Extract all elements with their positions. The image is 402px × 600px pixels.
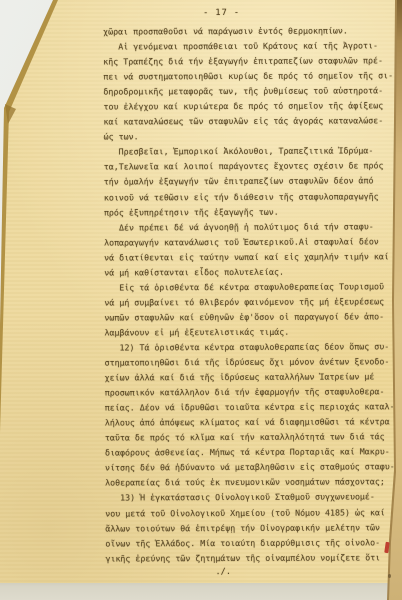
text-line: πείας. Δέον νά ἱδρυθῶσι τοιαῦτα κέντρα ε… (105, 399, 399, 415)
text-line: λοθεραπείας διά τούς ἐκ πνευμονικῶν νοση… (105, 475, 399, 491)
text-line: ἄλλων τοιούτων θά ἐπιτρέψῃ τήν Οἰνογραφι… (105, 520, 399, 536)
text-line: πει νά συστηματοποιηθῶσι κυρίως δε πρός … (103, 68, 397, 84)
text-line: διαφόρους ἀσθενείας. Μήπως τά κέντρα Πορ… (105, 445, 399, 461)
text-line: του ἐλέγχου καί κυριώτερα δε πρός τό σημ… (103, 99, 397, 115)
text-line: Πρεσβεῖαι, Ἐμπορικοί Ἀκόλουθοι, Τραπεζιτ… (104, 144, 398, 160)
text-line: νωπῶν σταφυλῶν καί εὐθηνῶν ἐφ'ὅσον οἱ πα… (104, 309, 398, 325)
text-line: κῆς Τραπέζης διά τήν ἐξαγωγήν ἐπιτραπεζί… (103, 53, 397, 69)
typewritten-text-layer: - 17 - χῶραι προσπαθοῦσι νά παράγωσιν ἐν… (0, 0, 402, 600)
page-continuation-mark: ./. (215, 567, 231, 577)
text-line: 12) Τά ὁρισθέντα κέντρα σταφυλοθεραπείας… (104, 339, 398, 355)
text-line: καί καταναλώσεως τῶν σταφυλῶν εἰς τάς ἀγ… (104, 114, 398, 130)
text-line: νά μή συμβαίνει τό θλιβερόν φαινόμενον τ… (104, 294, 398, 310)
text-line: χῶραι προσπαθοῦσι νά παράγωσιν ἐντός θερ… (103, 23, 397, 39)
text-line: λαμβάνουν εἰ μή ἐξευτελιστικάς τιμάς. (104, 324, 398, 340)
text-line: κοινοῦ νά τεθῶσιν εἰς τήν διάθεσιν τῆς σ… (104, 189, 398, 205)
text-line: 13) Ἡ ἐγκατάστασις Οἰνολογικοῦ Σταθμοῦ σ… (105, 490, 399, 506)
text-line: προσωπικόν κατάλληλον διά τήν ἐφαρμογήν … (105, 384, 399, 400)
text-line: νίτσης δέν θά ἠδύναντο νά μεταβληθῶσιν ε… (105, 460, 399, 476)
text-line: χείων ἀλλά καί διά τῆς ἱδρύσεως καταλλήλ… (105, 369, 399, 385)
text-line: λήλους ἀπό ἀπόψεως κλίματος καί νά διαφη… (105, 414, 399, 430)
text-line: λοπαραγωγήν κατανάλωσις τοῦ Ἐσωτερικοῦ.Α… (104, 234, 398, 250)
text-line: νά διατίθενται εἰς ταύτην νωπαί καί εἰς … (104, 249, 398, 265)
page-number: - 17 - (203, 8, 240, 18)
text-line: ώς των. (104, 129, 398, 145)
text-line: οἴνων τῆς Ἑλλάδος. Μία τοιαύτη διαρρύθμι… (105, 535, 399, 551)
scanned-document-page: - 17 - χῶραι προσπαθοῦσι νά παράγωσιν ἐν… (0, 0, 402, 600)
text-line: δηροδρομικῆς μεταφορᾶς των, τῆς ῥυθμίσεω… (103, 83, 397, 99)
text-line: νου μετά τοῦ Οἰνολογικοῦ Χημείου (τοῦ Νό… (105, 505, 399, 521)
text-line: τήν ὁμαλήν ἐξαγωγήν τῶν ἐπιτραπεζίων στα… (104, 174, 398, 190)
text-line: νά μή καθίστανται εἶδος πολυτελείας. (104, 264, 398, 280)
text-line: Εἰς τά ὁρισθέντα δέ κέντρα σταφυλοθεραπε… (104, 279, 398, 295)
text-line: ταῦτα δε πρός τό κλῖμα καί τήν καταλληλό… (105, 430, 399, 446)
scan-speck (388, 574, 391, 578)
text-line: τα,Τελωνεῖα καί λοιποί παράγοντες ἔχοντε… (104, 159, 398, 175)
text-line: Αἱ γενόμεναι προσπάθειαι τοῦ Κράτους καί… (103, 38, 397, 54)
text-line: Δέν πρέπει δέ νά ἀγνοηθῇ ἡ πολύτιμος διά… (104, 219, 398, 235)
text-line: πρός ἐξυπηρέτησιν τῆς ἐξαγωγῆς των. (104, 204, 398, 220)
text-line: στηματοποιηθῶσι διά τῆς ἱδρύσεως ὄχι μόν… (105, 354, 399, 370)
text-line: γικῆς ἐρεύνης τῶν ζητημάτων τῆς οἰναμπέλ… (105, 550, 399, 566)
typewritten-lines: χῶραι προσπαθοῦσι νά παράγωσιν ἐντός θερ… (103, 23, 399, 566)
